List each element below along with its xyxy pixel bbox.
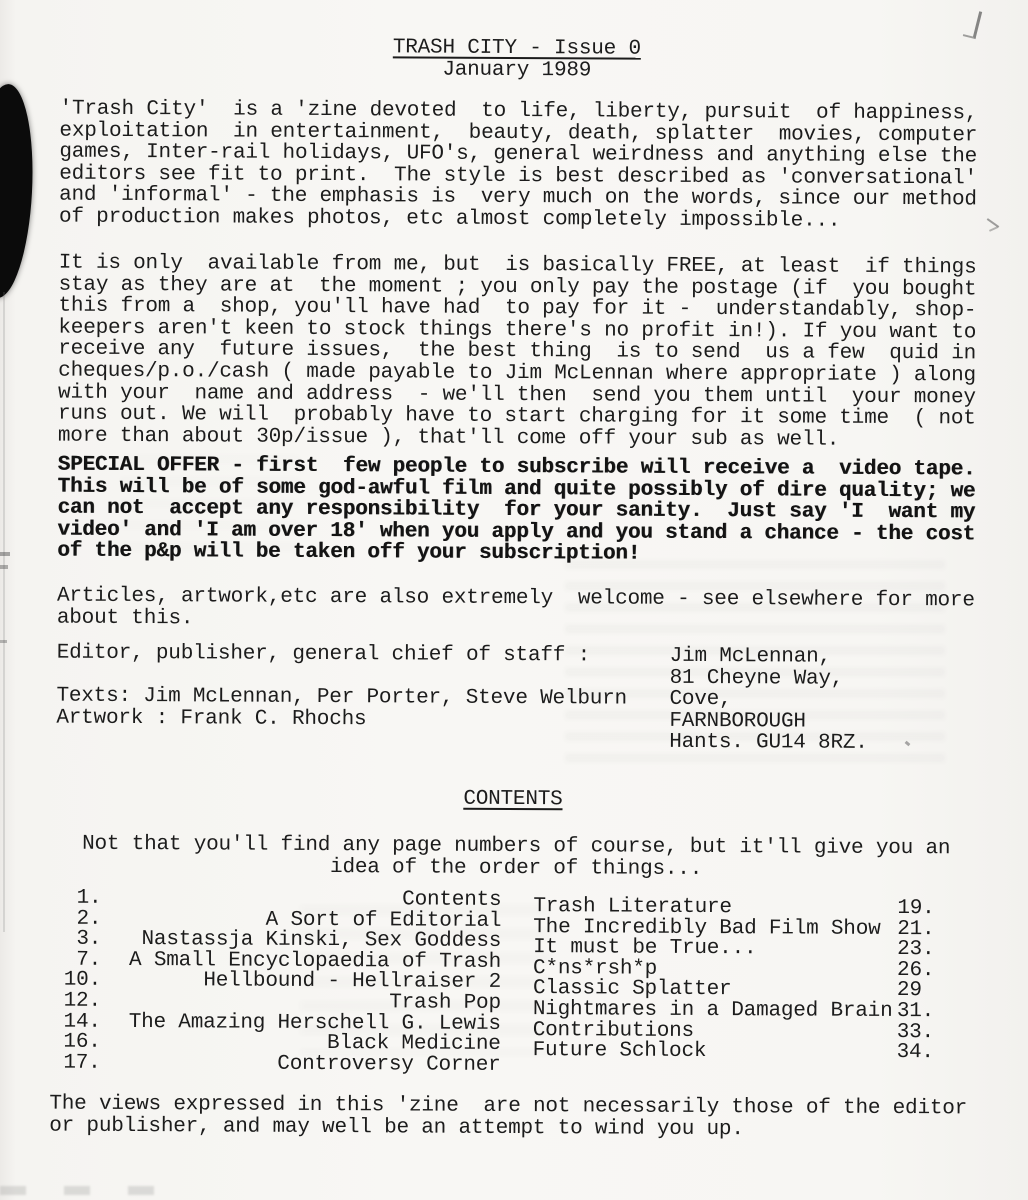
issue-date: January 1989 [3, 57, 1028, 84]
paragraph-intro: 'Trash City' is a 'zine devoted to life,… [59, 99, 1005, 234]
toc-row: 17.Controversy Corner [55, 1053, 501, 1076]
page-content: TRASH CITY - Issue 0 January 1989 'Trash… [0, 0, 1028, 1200]
staff-block: Editor, publisher, general chief of staf… [56, 643, 627, 732]
toc-page-number: 23. [897, 940, 945, 961]
toc-left-column: 1.Contents 2.A Sort of Editorial 3.Nasta… [55, 889, 502, 1077]
address-line: 81 Cheyne Way, [670, 667, 869, 690]
toc-page-number: 2. [55, 909, 101, 930]
toc-title: Controversy Corner [101, 1054, 501, 1077]
paragraph-special-offer: SPECIAL OFFER - first few people to subs… [57, 455, 1003, 568]
paragraph-articles: Articles, artwork,etc are also extremely… [57, 586, 1002, 634]
disclaimer: The views expressed in this 'zine are no… [49, 1094, 999, 1142]
address-line: Jim McLennan, [670, 646, 869, 669]
toc-title: The Amazing Herschell G. Lewis [101, 1012, 501, 1035]
editor-line: Editor, publisher, general chief of staf… [57, 643, 628, 668]
toc-page-number: 34. [897, 1043, 945, 1064]
toc-page-number: 17. [55, 1053, 101, 1074]
toc-page-number: 16. [55, 1033, 101, 1054]
toc-page-number: 12. [55, 992, 101, 1013]
page-title: TRASH CITY - Issue 0 [393, 36, 641, 60]
address-block: Jim McLennan, 81 Cheyne Way, Cove, FARNB… [669, 646, 868, 755]
scanned-page: TRASH CITY - Issue 0 January 1989 'Trash… [0, 0, 1028, 1200]
toc-row: 10.Hellbound - Hellraiser 2 [55, 971, 501, 994]
toc-page-number: 7. [55, 950, 101, 971]
artwork-line: Artwork : Frank C. Rhochs [56, 707, 627, 732]
toc-title: Future Schlock [533, 1041, 897, 1063]
masthead: TRASH CITY - Issue 0 January 1989 [3, 35, 1028, 84]
toc-page-number: 3. [55, 930, 101, 951]
toc-row: Future Schlock34. [533, 1041, 945, 1064]
address-line: Cove, [669, 689, 868, 712]
toc-right-column: Trash Literature19. The Incredibly Bad F… [533, 897, 946, 1064]
address-line: Hants. GU14 8RZ. [669, 732, 868, 755]
address-line: FARNBOROUGH [669, 711, 868, 734]
toc-page-number: 19. [897, 899, 945, 920]
toc-page-number: 10. [55, 971, 101, 992]
toc-page-number: 1. [55, 889, 101, 910]
toc-row: 14.The Amazing Herschell G. Lewis [55, 1012, 501, 1035]
toc-title: Hellbound - Hellraiser 2 [101, 971, 501, 994]
contents-heading-wrap: CONTENTS [0, 786, 1027, 813]
toc-page-number: 14. [55, 1012, 101, 1033]
paragraph-availability: It is only available from me, but is bas… [58, 253, 1004, 452]
contents-heading: CONTENTS [463, 788, 562, 812]
contents-note: Not that you'll find any page numbers of… [44, 834, 989, 882]
toc-page-number: 31. [897, 1002, 945, 1023]
text-line: Articles, artwork,etc are also extremely… [57, 586, 1002, 613]
